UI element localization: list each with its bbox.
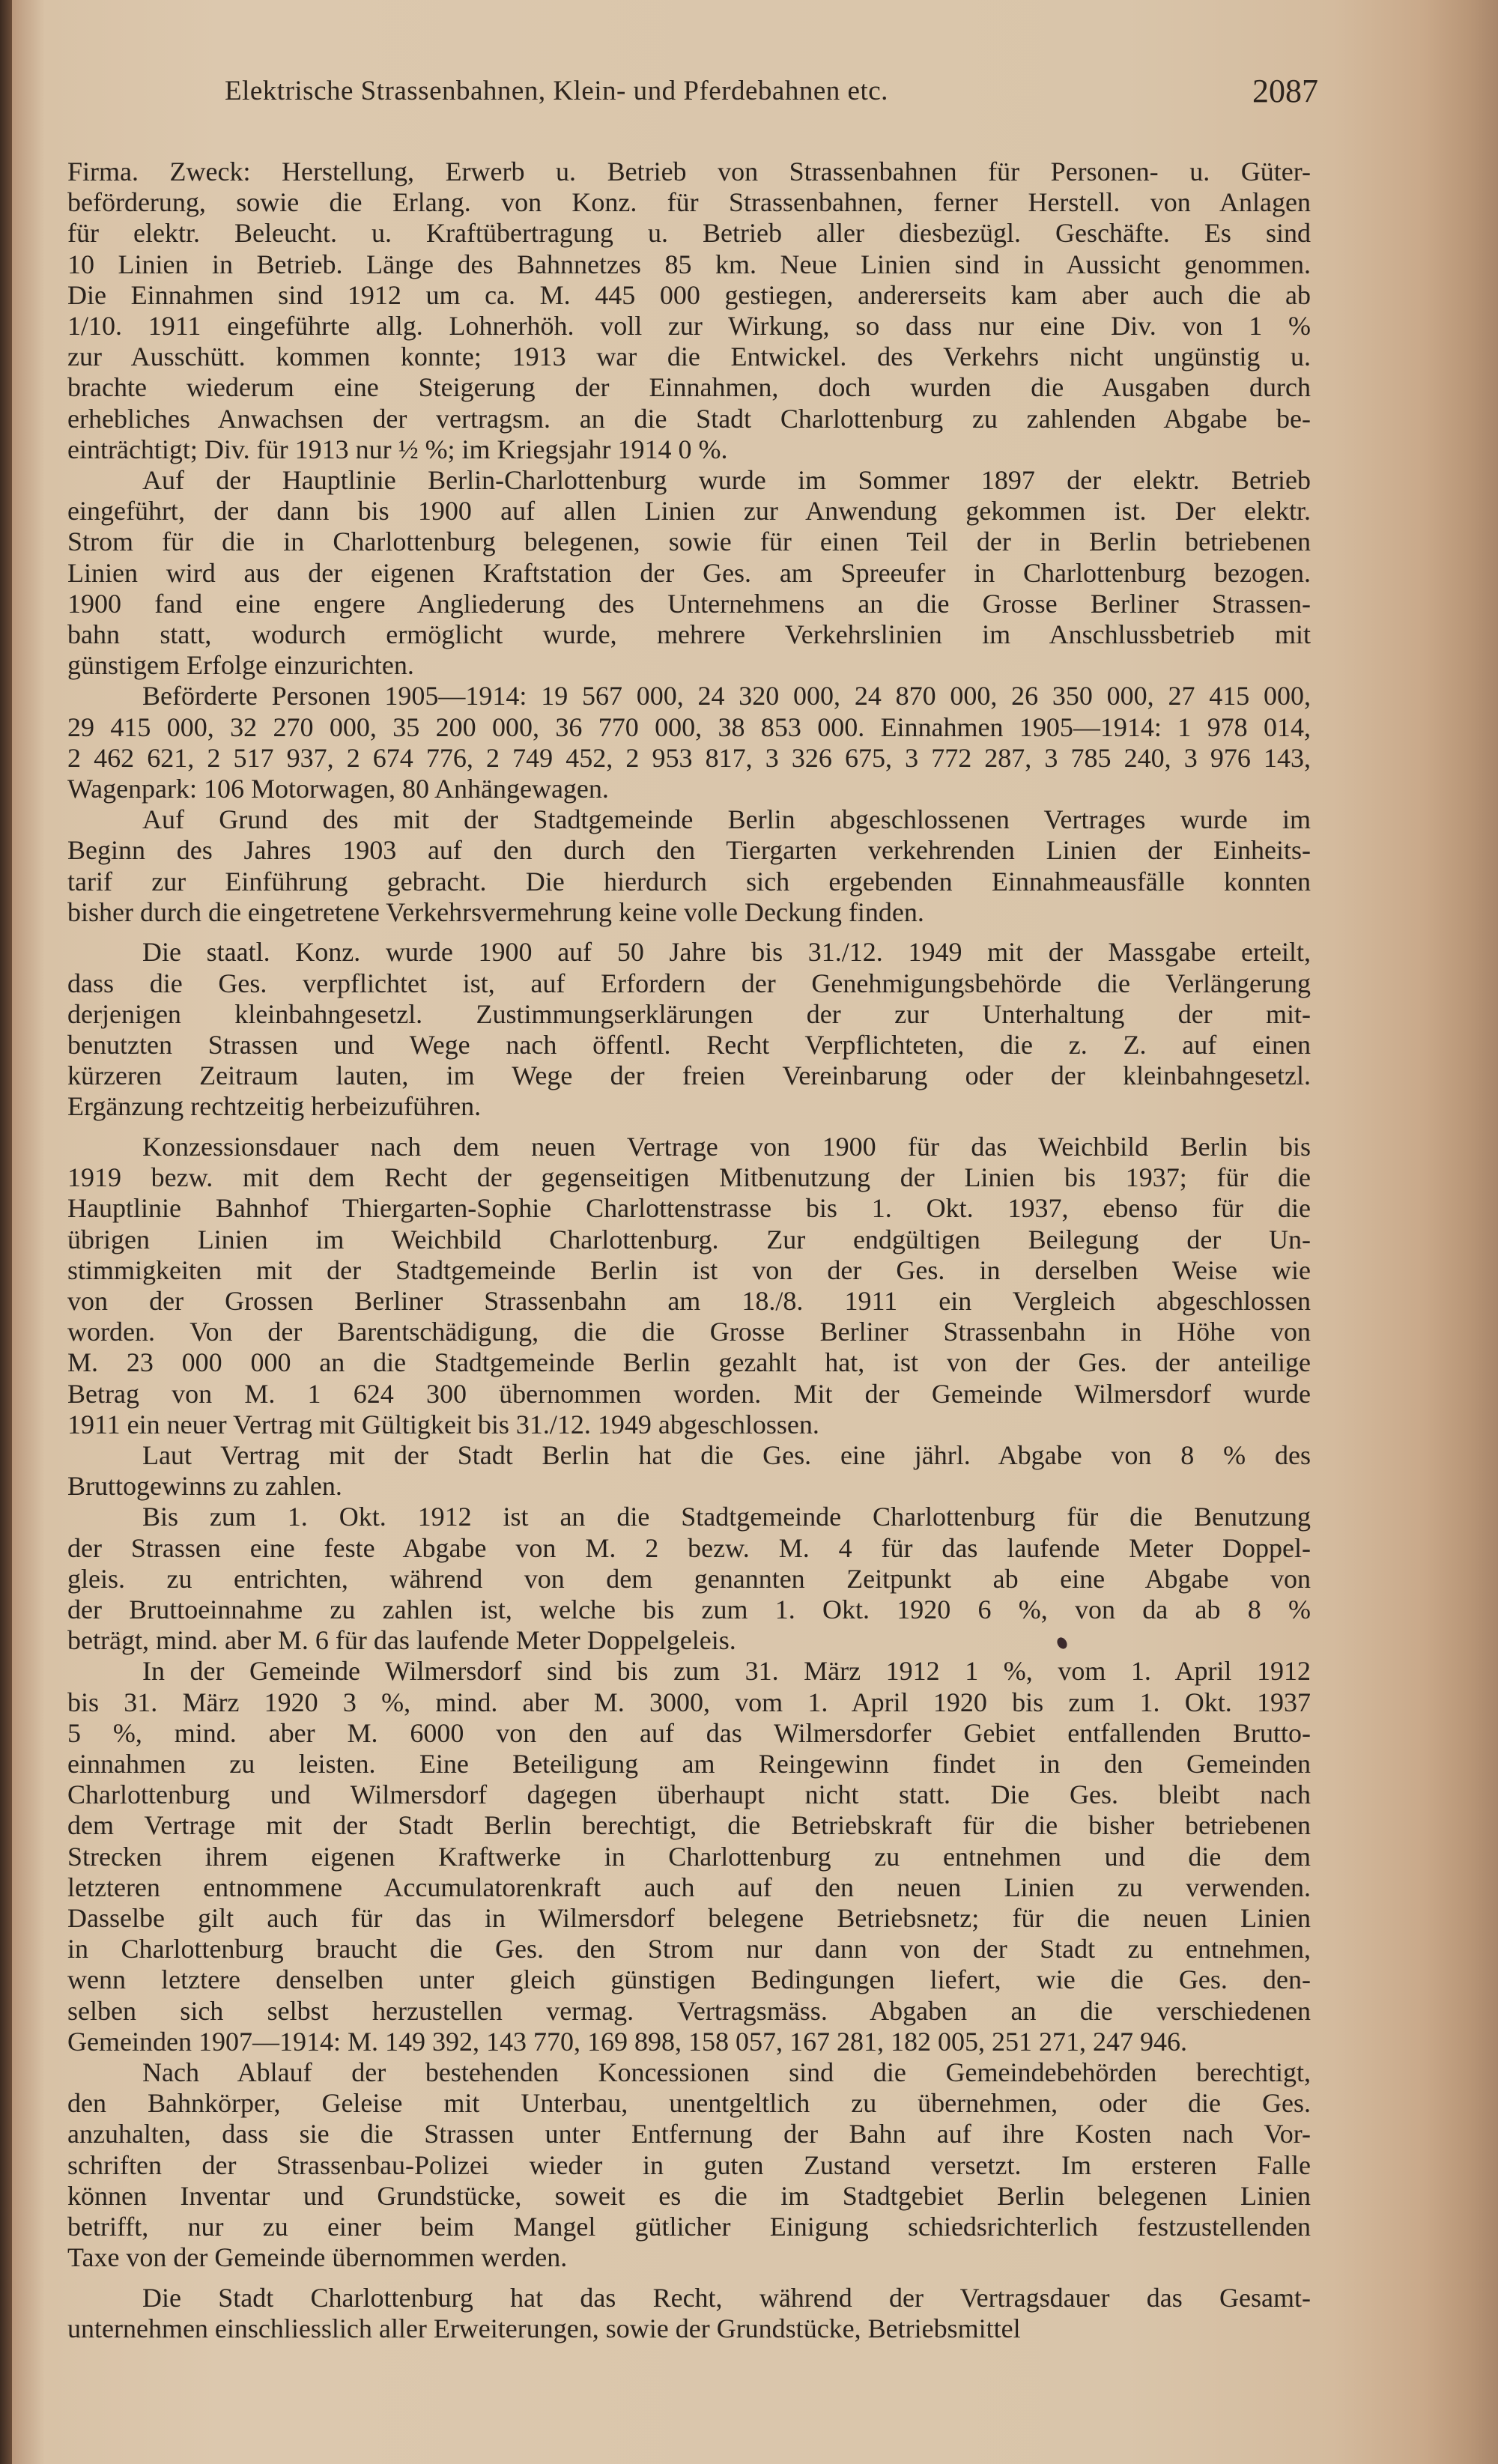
text-line: bis 31. März 1920 3 %, mind. aber M. 300…	[67, 1687, 1311, 1718]
text-line: Dasselbe gilt auch für das in Wilmersdor…	[67, 1902, 1311, 1934]
text-line: Beginn des Jahres 1903 auf den durch den…	[67, 834, 1311, 866]
text-line: selben sich selbst herzustellen vermag. …	[67, 1995, 1311, 2027]
text-line: den Bahnkörper, Geleise mit Unterbau, un…	[67, 2087, 1311, 2119]
text-line: Laut Vertrag mit der Stadt Berlin hat di…	[67, 1439, 1311, 1471]
text-line: Strecken ihrem eigenen Kraftwerke in Cha…	[67, 1841, 1311, 1872]
text-line: stimmigkeiten mit der Stadtgemeinde Berl…	[67, 1254, 1311, 1286]
text-line: 10 Linien in Betrieb. Länge des Bahnnetz…	[67, 249, 1311, 280]
text-line: übrigen Linien im Weichbild Charlottenbu…	[67, 1224, 1311, 1255]
text-line: von der Grossen Berliner Strassenbahn am…	[67, 1285, 1311, 1317]
text-line: in Charlottenburg braucht die Ges. den S…	[67, 1933, 1311, 1964]
page-number: 2087	[1252, 72, 1318, 110]
text-line: tarif zur Einführung gebracht. Die hierd…	[67, 866, 1311, 897]
text-line: Betrag von M. 1 624 300 übernommen worde…	[67, 1378, 1311, 1409]
text-line: brachte wiederum eine Steigerung der Ein…	[67, 371, 1311, 403]
text-line: dem Vertrage mit der Stadt Berlin berech…	[67, 1809, 1311, 1841]
book-spine-edge	[0, 0, 12, 2464]
page-header: Elektrische Strassenbahnen, Klein- und P…	[225, 75, 1318, 120]
text-line: zur Ausschütt. kommen konnte; 1913 war d…	[67, 341, 1311, 372]
text-line: Ergänzung rechtzeitig herbeizuführen.	[67, 1090, 1311, 1122]
text-line: gleis. zu entrichten, während von dem ge…	[67, 1563, 1311, 1594]
text-line: anzuhalten, dass sie die Strassen unter …	[67, 2118, 1311, 2149]
text-line: der Bruttoeinnahme zu zahlen ist, welche…	[67, 1594, 1311, 1625]
text-line: der Strassen eine feste Abgabe von M. 2 …	[67, 1532, 1311, 1564]
text-line: Strom für die in Charlottenburg belegene…	[67, 526, 1311, 557]
text-line: Firma. Zweck: Herstellung, Erwerb u. Bet…	[67, 156, 1311, 187]
text-line: unternehmen einschliesslich aller Erweit…	[67, 2313, 1311, 2344]
text-line: einträchtigt; Div. für 1913 nur ½ %; im …	[67, 434, 1311, 465]
text-line: Beförderte Personen 1905—1914: 19 567 00…	[67, 680, 1311, 711]
text-line: 1900 fand eine engere Angliederung des U…	[67, 588, 1311, 619]
text-line: worden. Von der Barentschädigung, die di…	[67, 1316, 1311, 1347]
text-line: eingeführt, der dann bis 1900 auf allen …	[67, 495, 1311, 527]
text-line: können Inventar und Grundstücke, soweit …	[67, 2180, 1311, 2212]
text-line: letzteren entnommene Accumulatorenkraft …	[67, 1872, 1311, 1903]
text-line: Taxe von der Gemeinde übernommen werden.	[67, 2242, 1311, 2273]
text-line: Linien wird aus der eigenen Kraftstation…	[67, 557, 1311, 589]
text-line: schriften der Strassenbau-Polizei wieder…	[67, 2149, 1311, 2181]
text-line: einnahmen zu leisten. Eine Beteiligung a…	[67, 1748, 1311, 1779]
text-line: 1911 ein neuer Vertrag mit Gültigkeit bi…	[67, 1409, 1311, 1440]
text-line: M. 23 000 000 an die Stadtgemeinde Berli…	[67, 1347, 1311, 1378]
text-line: betrifft, nur zu einer beim Mangel gütli…	[67, 2211, 1311, 2242]
text-line: beförderung, sowie die Erlang. von Konz.…	[67, 186, 1311, 218]
text-line: Die Einnahmen sind 1912 um ca. M. 445 00…	[67, 279, 1311, 311]
text-line: 29 415 000, 32 270 000, 35 200 000, 36 7…	[67, 711, 1311, 743]
text-line: beträgt, mind. aber M. 6 für das laufend…	[67, 1624, 1311, 1656]
text-line: Konzessionsdauer nach dem neuen Vertrage…	[67, 1131, 1311, 1162]
text-line: derjenigen kleinbahngesetzl. Zustimmungs…	[67, 998, 1311, 1030]
text-line: kürzeren Zeitraum lauten, im Wege der fr…	[67, 1060, 1311, 1091]
text-line: Wagenpark: 106 Motorwagen, 80 Anhängewag…	[67, 773, 1311, 804]
text-line: Bis zum 1. Okt. 1912 ist an die Stadtgem…	[67, 1501, 1311, 1532]
running-title: Elektrische Strassenbahnen, Klein- und P…	[225, 75, 888, 107]
text-line: Auf Grund des mit der Stadtgemeinde Berl…	[67, 804, 1311, 835]
text-line: für elektr. Beleucht. u. Kraftübertragun…	[67, 217, 1311, 249]
text-line: benutzten Strassen und Wege nach öffentl…	[67, 1029, 1311, 1060]
text-line: bahn statt, wodurch ermöglicht wurde, me…	[67, 619, 1311, 650]
text-line: Hauptlinie Bahnhof Thiergarten-Sophie Ch…	[67, 1192, 1311, 1224]
text-line: Gemeinden 1907—1914: M. 149 392, 143 770…	[67, 2026, 1311, 2057]
text-line: erhebliches Anwachsen der vertragsm. an …	[67, 403, 1311, 434]
text-line: In der Gemeinde Wilmersdorf sind bis zum…	[67, 1655, 1311, 1687]
text-line: dass die Ges. verpflichtet ist, auf Erfo…	[67, 968, 1311, 999]
text-line: bisher durch die eingetretene Verkehrsve…	[67, 896, 1311, 928]
text-line: Die staatl. Konz. wurde 1900 auf 50 Jahr…	[67, 936, 1311, 968]
text-line: Die Stadt Charlottenburg hat das Recht, …	[67, 2282, 1311, 2313]
scanned-page: Elektrische Strassenbahnen, Klein- und P…	[0, 0, 1498, 2464]
text-line: Nach Ablauf der bestehenden Koncessionen…	[67, 2057, 1311, 2088]
text-line: günstigem Erfolge einzurichten.	[67, 649, 1311, 681]
text-line: 1919 bezw. mit dem Recht der gegenseitig…	[67, 1162, 1311, 1193]
text-line: Bruttogewinns zu zahlen.	[67, 1470, 1311, 1502]
text-line: 5 %, mind. aber M. 6000 von den auf das …	[67, 1717, 1311, 1749]
text-line: Auf der Hauptlinie Berlin-Charlottenburg…	[67, 464, 1311, 496]
text-line: 2 462 621, 2 517 937, 2 674 776, 2 749 4…	[67, 742, 1311, 774]
text-line: 1/10. 1911 eingeführte allg. Lohnerhöh. …	[67, 310, 1311, 342]
text-line: wenn letztere denselben unter gleich gün…	[67, 1964, 1311, 1995]
text-line: Charlottenburg und Wilmersdorf dagegen ü…	[67, 1779, 1311, 1810]
